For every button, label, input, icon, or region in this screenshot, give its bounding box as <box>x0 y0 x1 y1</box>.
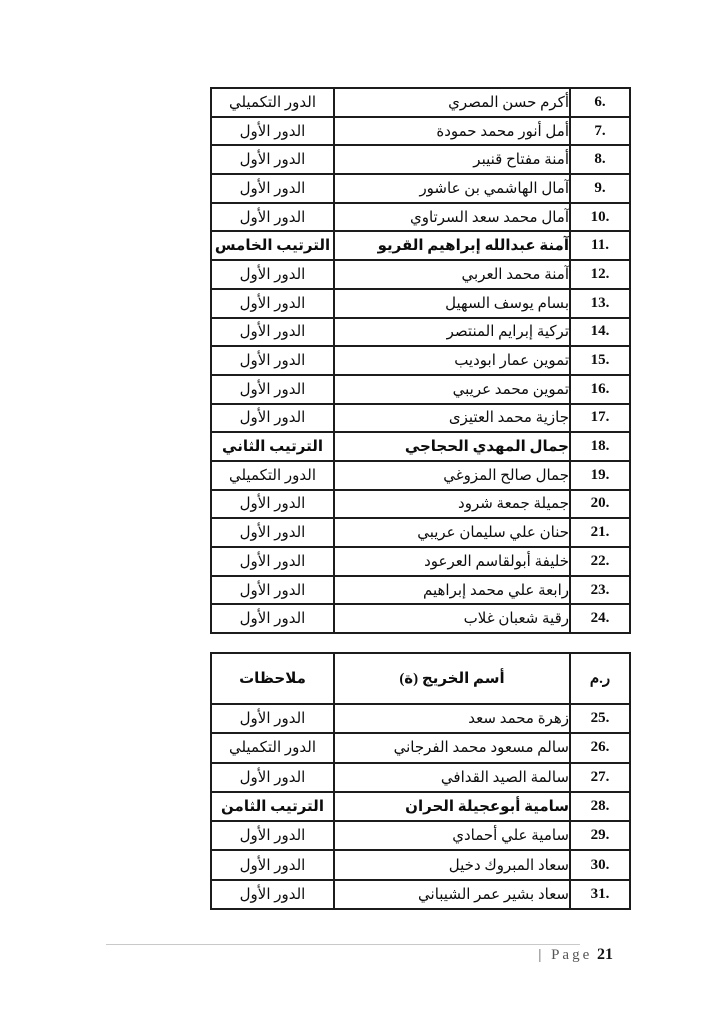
notes-cell: الدور الأول <box>211 346 334 375</box>
row-serial-cell: 16. <box>570 375 630 404</box>
notes-cell: الدور الأول <box>211 490 334 519</box>
table-row: 30.سعاد المبروك دخيلالدور الأول <box>211 850 630 879</box>
table-row: 22.خليفة أبولقاسم العرعودالدور الأول <box>211 547 630 576</box>
row-serial-cell: 22. <box>570 547 630 576</box>
row-serial-cell: 18. <box>570 432 630 461</box>
footer-separator-line <box>106 944 580 945</box>
table-row: 16.تموين محمد عريبيالدور الأول <box>211 375 630 404</box>
document-page: 6.أكرم حسن المصريالدور التكميلي7.أمل أنو… <box>0 0 724 1024</box>
graduate-name-cell: سامية أبوعجيلة الحران <box>334 792 570 821</box>
notes-cell: الدور الأول <box>211 318 334 347</box>
notes-cell: الدور الأول <box>211 604 334 633</box>
graduate-name-cell: آمال محمد سعد السرتاوي <box>334 203 570 232</box>
row-serial-cell: 8. <box>570 145 630 174</box>
table-row: 29.سامية علي أحماديالدور الأول <box>211 821 630 850</box>
row-serial-cell: 17. <box>570 404 630 433</box>
header-serial-cell: ر.م <box>570 653 630 704</box>
notes-cell: الدور الأول <box>211 518 334 547</box>
graduate-name-cell: جميلة جمعة شرود <box>334 490 570 519</box>
row-serial-cell: 27. <box>570 763 630 792</box>
notes-cell: الدور التكميلي <box>211 461 334 490</box>
notes-cell: الدور الأول <box>211 880 334 909</box>
row-serial-cell: 25. <box>570 704 630 733</box>
table-row: 27.سالمة الصيد القدافيالدور الأول <box>211 763 630 792</box>
notes-cell: الترتيب الثاني <box>211 432 334 461</box>
graduate-name-cell: جمال المهدي الحجاجي <box>334 432 570 461</box>
table-row: 11.آمنة عبدالله إبراهيم القريوالترتيب ال… <box>211 231 630 260</box>
notes-cell: الدور التكميلي <box>211 88 334 117</box>
notes-cell: الدور الأول <box>211 174 334 203</box>
notes-cell: الترتيب الثامن <box>211 792 334 821</box>
graduate-name-cell: آمنة محمد العربي <box>334 260 570 289</box>
table-row: 6.أكرم حسن المصريالدور التكميلي <box>211 88 630 117</box>
row-serial-cell: 6. <box>570 88 630 117</box>
graduate-name-cell: حنان علي سليمان عريبي <box>334 518 570 547</box>
footer-page-number: 21 <box>597 946 613 963</box>
graduate-name-cell: سعاد بشير عمر الشيباني <box>334 880 570 909</box>
table-row: 12.آمنة محمد العربيالدور الأول <box>211 260 630 289</box>
table-row: 13.بسام يوسف السهيلالدور الأول <box>211 289 630 318</box>
table-row: 19.جمال صالح المزوغيالدور التكميلي <box>211 461 630 490</box>
row-serial-cell: 29. <box>570 821 630 850</box>
graduate-name-cell: رابعة علي محمد إبراهيم <box>334 576 570 605</box>
table-row: 18.جمال المهدي الحجاجيالترتيب الثاني <box>211 432 630 461</box>
table-row: 20.جميلة جمعة شرودالدور الأول <box>211 490 630 519</box>
row-serial-cell: 20. <box>570 490 630 519</box>
table-row: 23.رابعة علي محمد إبراهيمالدور الأول <box>211 576 630 605</box>
graduates-table-2: ر.مأسم الخريج (ة)ملاحظات25.زهرة محمد سعد… <box>210 652 631 910</box>
graduate-name-cell: زهرة محمد سعد <box>334 704 570 733</box>
notes-cell: الدور الأول <box>211 763 334 792</box>
notes-cell: الدور الأول <box>211 145 334 174</box>
graduates-table-2-body: ر.مأسم الخريج (ة)ملاحظات25.زهرة محمد سعد… <box>211 653 630 909</box>
table-row: 7.أمل أنور محمد حمودةالدور الأول <box>211 117 630 146</box>
table-row: 10.آمال محمد سعد السرتاويالدور الأول <box>211 203 630 232</box>
notes-cell: الدور التكميلي <box>211 733 334 762</box>
row-serial-cell: 31. <box>570 880 630 909</box>
notes-cell: الدور الأول <box>211 289 334 318</box>
table-row: 28.سامية أبوعجيلة الحرانالترتيب الثامن <box>211 792 630 821</box>
graduate-name-cell: تركية إبرايم المنتصر <box>334 318 570 347</box>
notes-cell: الدور الأول <box>211 117 334 146</box>
notes-cell: الدور الأول <box>211 547 334 576</box>
graduate-name-cell: أمنة مفتاح قنيبر <box>334 145 570 174</box>
header-notes-cell: ملاحظات <box>211 653 334 704</box>
table-row: 17.جازية محمد العتيزىالدور الأول <box>211 404 630 433</box>
graduate-name-cell: تموين محمد عريبي <box>334 375 570 404</box>
table-row: 14.تركية إبرايم المنتصرالدور الأول <box>211 318 630 347</box>
notes-cell: الدور الأول <box>211 576 334 605</box>
row-serial-cell: 12. <box>570 260 630 289</box>
row-serial-cell: 14. <box>570 318 630 347</box>
table-header-row: ر.مأسم الخريج (ة)ملاحظات <box>211 653 630 704</box>
row-serial-cell: 9. <box>570 174 630 203</box>
table-row: 26.سالم مسعود محمد الفرجانيالدور التكميل… <box>211 733 630 762</box>
row-serial-cell: 21. <box>570 518 630 547</box>
notes-cell: الدور الأول <box>211 260 334 289</box>
graduates-table-1-body: 6.أكرم حسن المصريالدور التكميلي7.أمل أنو… <box>211 88 630 633</box>
row-serial-cell: 24. <box>570 604 630 633</box>
table-row: 31.سعاد بشير عمر الشيبانيالدور الأول <box>211 880 630 909</box>
graduate-name-cell: جمال صالح المزوغي <box>334 461 570 490</box>
graduate-name-cell: سامية علي أحمادي <box>334 821 570 850</box>
table-row: 24.رقية شعبان غلابالدور الأول <box>211 604 630 633</box>
header-graduate-name-cell: أسم الخريج (ة) <box>334 653 570 704</box>
graduate-name-cell: أكرم حسن المصري <box>334 88 570 117</box>
table-row: 9.آمال الهاشمي بن عاشورالدور الأول <box>211 174 630 203</box>
graduates-table-1: 6.أكرم حسن المصريالدور التكميلي7.أمل أنو… <box>210 87 631 634</box>
graduate-name-cell: رقية شعبان غلاب <box>334 604 570 633</box>
row-serial-cell: 26. <box>570 733 630 762</box>
row-serial-cell: 28. <box>570 792 630 821</box>
row-serial-cell: 30. <box>570 850 630 879</box>
row-serial-cell: 11. <box>570 231 630 260</box>
row-serial-cell: 19. <box>570 461 630 490</box>
graduate-name-cell: سالمة الصيد القدافي <box>334 763 570 792</box>
table-row: 25.زهرة محمد سعدالدور الأول <box>211 704 630 733</box>
notes-cell: الدور الأول <box>211 404 334 433</box>
row-serial-cell: 23. <box>570 576 630 605</box>
notes-cell: الدور الأول <box>211 821 334 850</box>
row-serial-cell: 15. <box>570 346 630 375</box>
notes-cell: الدور الأول <box>211 375 334 404</box>
graduate-name-cell: آمنة عبدالله إبراهيم القريو <box>334 231 570 260</box>
row-serial-cell: 13. <box>570 289 630 318</box>
row-serial-cell: 10. <box>570 203 630 232</box>
graduate-name-cell: آمال الهاشمي بن عاشور <box>334 174 570 203</box>
graduate-name-cell: جازية محمد العتيزى <box>334 404 570 433</box>
notes-cell: الترتيب الخامس <box>211 231 334 260</box>
graduate-name-cell: خليفة أبولقاسم العرعود <box>334 547 570 576</box>
table-row: 21.حنان علي سليمان عريبيالدور الأول <box>211 518 630 547</box>
graduate-name-cell: أمل أنور محمد حمودة <box>334 117 570 146</box>
page-footer: | Page 21 <box>538 946 613 964</box>
graduate-name-cell: تموين عمار ابوديب <box>334 346 570 375</box>
graduate-name-cell: بسام يوسف السهيل <box>334 289 570 318</box>
footer-page-label: | Page <box>538 947 592 963</box>
notes-cell: الدور الأول <box>211 704 334 733</box>
graduate-name-cell: سالم مسعود محمد الفرجاني <box>334 733 570 762</box>
row-serial-cell: 7. <box>570 117 630 146</box>
graduate-name-cell: سعاد المبروك دخيل <box>334 850 570 879</box>
table-row: 15.تموين عمار ابوديبالدور الأول <box>211 346 630 375</box>
notes-cell: الدور الأول <box>211 850 334 879</box>
table-row: 8.أمنة مفتاح قنيبرالدور الأول <box>211 145 630 174</box>
notes-cell: الدور الأول <box>211 203 334 232</box>
